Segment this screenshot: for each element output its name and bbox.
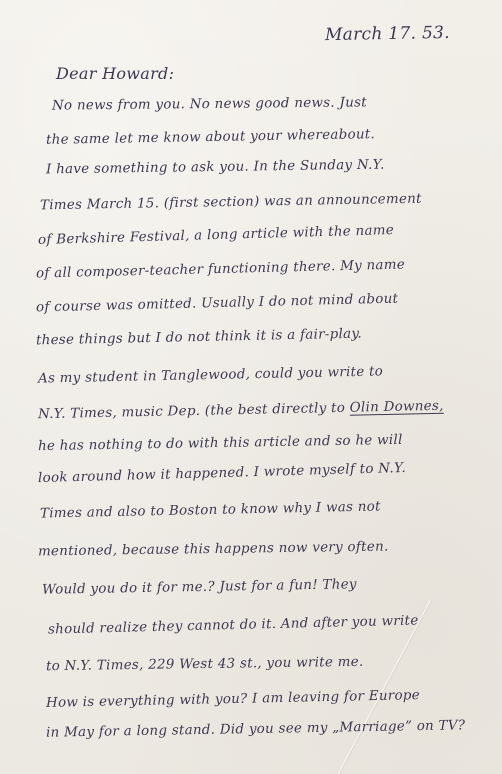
letter-line: look around how it happened. I wrote mys… <box>38 461 406 486</box>
letter-line: Times and also to Boston to know why I w… <box>40 499 381 521</box>
letter-line: the same let me know about your whereabo… <box>46 127 375 148</box>
letter-page: March 17. 53. Dear Howard: No news from … <box>0 0 502 774</box>
letter-line: I have something to ask you. In the Sund… <box>46 158 385 178</box>
letter-line: in May for a long stand. Did you see my … <box>46 718 466 740</box>
letter-line-text: N.Y. Times, music Dep. (the best directl… <box>38 401 345 422</box>
letter-line: How is everything with you? I am leaving… <box>46 688 420 711</box>
letter-line: mentioned, because this happens now very… <box>38 540 389 560</box>
letter-line: he has nothing to do with this article a… <box>38 433 403 454</box>
letter-line: As my student in Tanglewood, could you w… <box>38 364 383 386</box>
letter-line: No news from you. No news good news. Jus… <box>52 95 367 113</box>
letter-line: Would you do it for me.? Just for a fun!… <box>42 577 357 597</box>
letter-line-with-name: N.Y. Times, music Dep. (the best directl… <box>38 399 444 422</box>
letter-line: of course was omitted. Usually I do not … <box>36 292 399 316</box>
letter-line: to N.Y. Times, 229 West 43 st., you writ… <box>46 655 364 674</box>
letter-line: of Berkshire Festival, a long article wi… <box>38 223 394 248</box>
underlined-name: Olin Downes, <box>350 399 444 416</box>
letter-date: March 17. 53. <box>325 23 450 45</box>
letter-line: these things but I do not think it is a … <box>36 327 362 349</box>
letter-salutation: Dear Howard: <box>56 64 174 83</box>
letter-line: of all composer-teacher functioning ther… <box>36 257 405 281</box>
letter-line: Times March 15. (first section) was an a… <box>40 192 422 214</box>
letter-line: should realize they cannot do it. And af… <box>48 613 419 637</box>
